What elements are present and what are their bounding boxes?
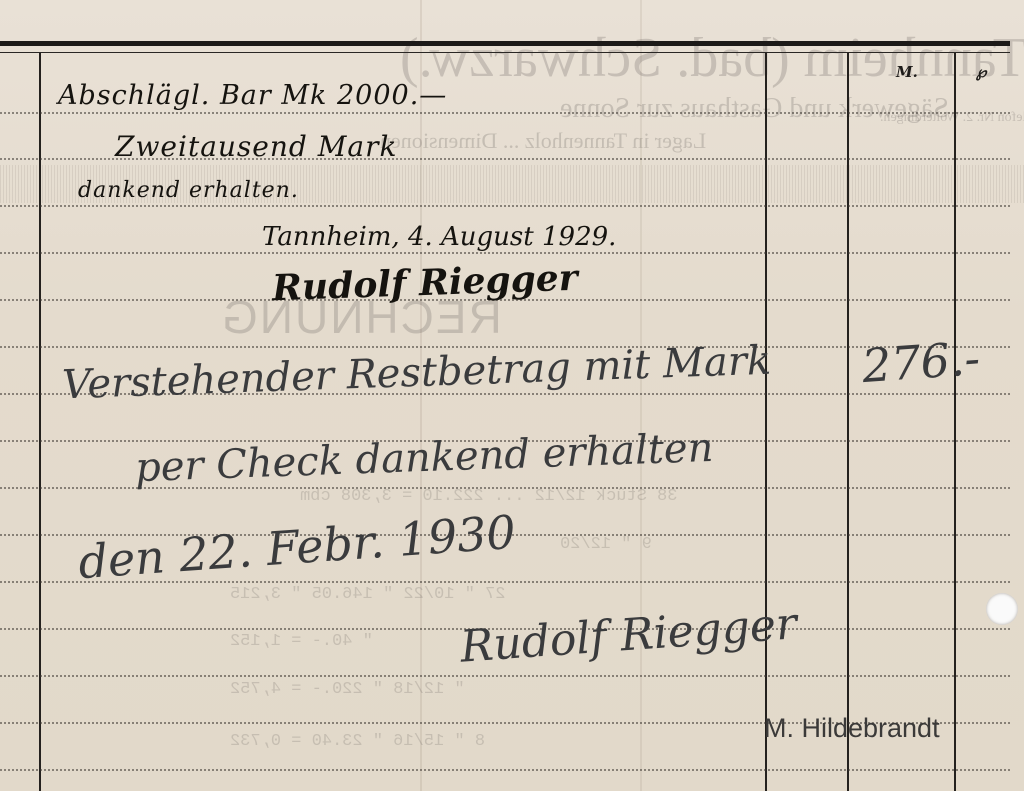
ruled-line bbox=[0, 675, 1010, 677]
column-line bbox=[765, 53, 767, 791]
column-header-mark: M. bbox=[896, 63, 918, 81]
image-credit: M. Hildebrandt bbox=[764, 713, 940, 744]
showthrough-company-name: Rudolf Riegger, Tannheim (bad. Schwarzw.… bbox=[400, 26, 1024, 90]
ruled-line bbox=[0, 205, 1010, 207]
ruled-line bbox=[0, 252, 1010, 254]
ruled-line bbox=[0, 769, 1010, 771]
header-rule bbox=[0, 41, 1010, 46]
showthrough-row: 8 " 15/16 " 23.40 = 0,732 bbox=[230, 732, 485, 751]
payment-method-line: per Check dankend erhalten bbox=[134, 425, 714, 491]
remaining-amount-line: Verstehender Restbetrag mit Mark bbox=[61, 338, 771, 409]
showthrough-row: " 40.- = 1,152 bbox=[230, 632, 373, 651]
place-date: Tannheim, 4. August 1929. bbox=[262, 222, 616, 252]
showthrough-row: 9 " 12/20 bbox=[560, 535, 652, 554]
header-rule bbox=[0, 52, 1010, 53]
receipt-line-received: dankend erhalten. bbox=[78, 178, 299, 203]
showthrough-row: 27 " 10/22 " 146.05 " 3,215 bbox=[230, 585, 505, 604]
signature: Rudolf Riegger bbox=[459, 598, 799, 672]
payment-date: den 22. Febr. 1930 bbox=[77, 505, 518, 589]
column-line bbox=[39, 53, 41, 791]
showthrough-subtitle: Lager in Tannenholz ... Dimensionen bbox=[380, 128, 706, 154]
column-line bbox=[954, 53, 956, 791]
receipt-line-amount-words: Zweitausend Mark bbox=[115, 130, 397, 163]
ruled-line bbox=[0, 112, 1010, 114]
invoice-document: Rudolf Riegger, Tannheim (bad. Schwarzw.… bbox=[0, 0, 1024, 791]
showthrough-row: 38 Stück 12/12 ... 222.10 = 3,308 cbm bbox=[300, 487, 677, 506]
showthrough-row: " 12/18 " 220.- = 4,752 bbox=[230, 680, 465, 699]
signature: Rudolf Riegger bbox=[271, 257, 578, 310]
column-line bbox=[847, 53, 849, 791]
receipt-line-partial-payment: Abschlägl. Bar Mk 2000.— bbox=[58, 80, 447, 111]
column-header-pf: ℘ bbox=[976, 63, 986, 81]
remaining-amount-value: 276.- bbox=[860, 331, 981, 393]
punch-hole bbox=[986, 593, 1018, 625]
